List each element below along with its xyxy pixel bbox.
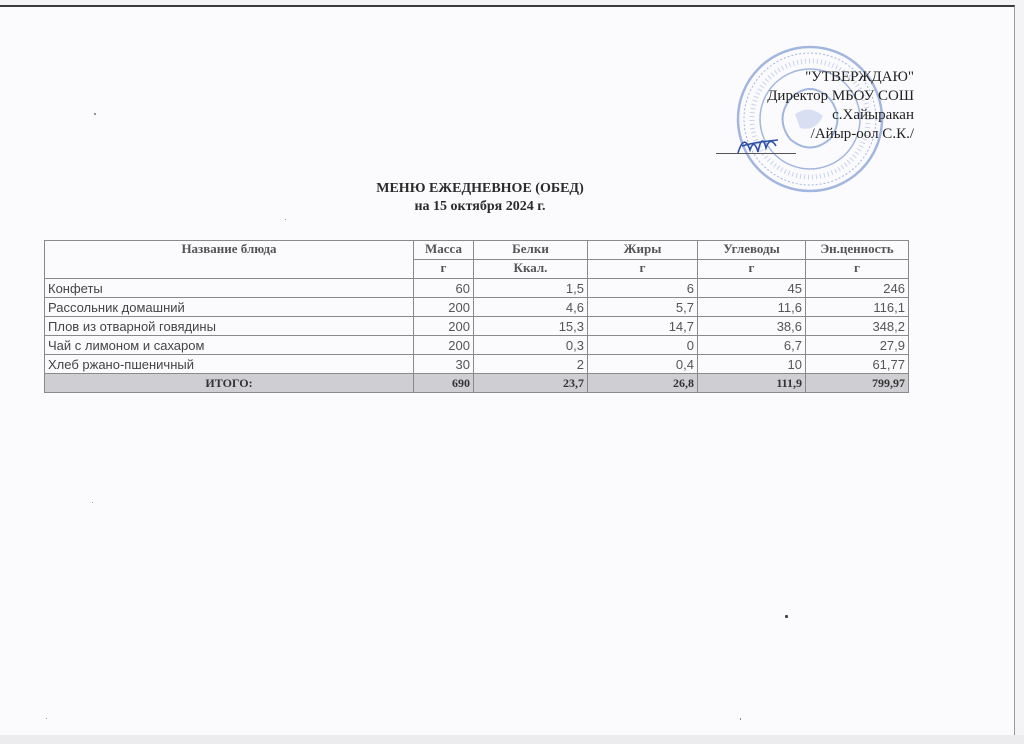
dish-fat: 5,7 <box>588 298 698 317</box>
dish-energy: 61,77 <box>806 355 909 374</box>
dish-fat: 0 <box>588 336 698 355</box>
signature-icon <box>736 128 782 158</box>
dish-energy: 348,2 <box>806 317 909 336</box>
scan-speck <box>92 502 93 503</box>
dish-energy: 246 <box>806 279 909 298</box>
scanner-bed-edge <box>0 735 1024 744</box>
header-mass: Масса <box>414 241 474 260</box>
dish-name: Хлеб ржано-пшеничный <box>45 355 414 374</box>
scan-speck <box>740 718 741 720</box>
total-fat: 26,8 <box>588 374 698 393</box>
total-mass: 690 <box>414 374 474 393</box>
dish-mass: 30 <box>414 355 474 374</box>
dish-fat: 0,4 <box>588 355 698 374</box>
unit-mass: г <box>414 260 474 279</box>
page-date: на 15 октября 2024 г. <box>0 199 960 215</box>
approval-signatory: /Айыр-оол С.К./ <box>674 125 914 144</box>
unit-energy: г <box>806 260 909 279</box>
total-row: ИТОГО: 690 23,7 26,8 111,9 799,97 <box>45 374 909 393</box>
approval-heading: "УТВЕРЖДАЮ" <box>674 68 914 87</box>
dish-carbs: 10 <box>698 355 806 374</box>
header-fat: Жиры <box>588 241 698 260</box>
dish-name: Чай с лимоном и сахаром <box>45 336 414 355</box>
total-label: ИТОГО: <box>45 374 414 393</box>
dish-mass: 200 <box>414 298 474 317</box>
approval-position: Директор МБОУ СОШ <box>674 87 914 106</box>
scan-speck <box>46 718 47 719</box>
scan-speck <box>785 615 788 618</box>
approval-block: "УТВЕРЖДАЮ" Директор МБОУ СОШ с.Хайырака… <box>674 68 914 144</box>
dish-mass: 200 <box>414 336 474 355</box>
table-header-row: Название блюда Масса Белки Жиры Углеводы… <box>45 241 909 260</box>
header-protein: Белки <box>474 241 588 260</box>
menu-table: Название блюда Масса Белки Жиры Углеводы… <box>44 240 909 393</box>
unit-protein: Ккал. <box>474 260 588 279</box>
dish-carbs: 11,6 <box>698 298 806 317</box>
dish-energy: 116,1 <box>806 298 909 317</box>
header-dish-name: Название блюда <box>45 241 414 279</box>
dish-carbs: 6,7 <box>698 336 806 355</box>
dish-carbs: 38,6 <box>698 317 806 336</box>
dish-protein: 0,3 <box>474 336 588 355</box>
dish-carbs: 45 <box>698 279 806 298</box>
dish-mass: 200 <box>414 317 474 336</box>
dish-protein: 2 <box>474 355 588 374</box>
dish-fat: 6 <box>588 279 698 298</box>
unit-carbs: г <box>698 260 806 279</box>
table-row: Хлеб ржано-пшеничный 30 2 0,4 10 61,77 <box>45 355 909 374</box>
dish-name: Рассольник домашний <box>45 298 414 317</box>
dish-protein: 15,3 <box>474 317 588 336</box>
total-carbs: 111,9 <box>698 374 806 393</box>
table-row: Конфеты 60 1,5 6 45 246 <box>45 279 909 298</box>
total-protein: 23,7 <box>474 374 588 393</box>
dish-protein: 1,5 <box>474 279 588 298</box>
dish-name: Плов из отварной говядины <box>45 317 414 336</box>
total-energy: 799,97 <box>806 374 909 393</box>
header-energy: Эн.ценность <box>806 241 909 260</box>
approval-location: с.Хайыракан <box>674 106 914 125</box>
dish-mass: 60 <box>414 279 474 298</box>
unit-fat: г <box>588 260 698 279</box>
dish-energy: 27,9 <box>806 336 909 355</box>
header-carbs: Углеводы <box>698 241 806 260</box>
dish-fat: 14,7 <box>588 317 698 336</box>
scan-speck <box>285 219 286 220</box>
table-row: Плов из отварной говядины 200 15,3 14,7 … <box>45 317 909 336</box>
table-row: Чай с лимоном и сахаром 200 0,3 0 6,7 27… <box>45 336 909 355</box>
scan-speck <box>94 113 96 115</box>
table-row: Рассольник домашний 200 4,6 5,7 11,6 116… <box>45 298 909 317</box>
dish-name: Конфеты <box>45 279 414 298</box>
dish-protein: 4,6 <box>474 298 588 317</box>
